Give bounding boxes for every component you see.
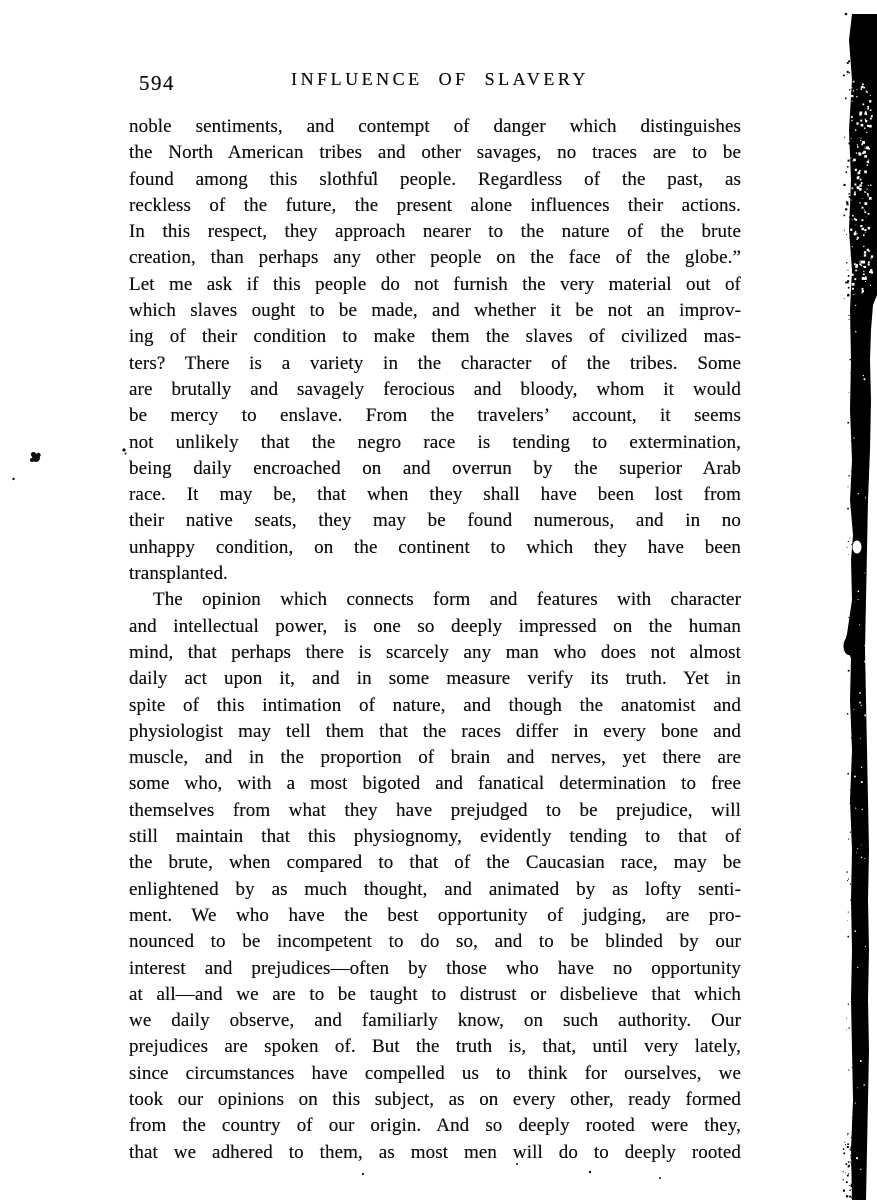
scan-edge-band-icon xyxy=(844,14,877,1200)
text-line: Let me ask if this people do not furnish… xyxy=(129,272,741,298)
text-line: nounced to be incompetent to do so, and … xyxy=(129,929,741,955)
text-line: creation, than perhaps any other people … xyxy=(129,245,741,271)
scan-speckles xyxy=(843,60,874,1198)
text-line: daily act upon it, and in some measure v… xyxy=(129,666,741,692)
text-line: noble sentiments, and contempt of danger… xyxy=(129,114,741,140)
text-line: physiologist may tell them that the race… xyxy=(129,719,741,745)
text-line: ters? There is a variety in the characte… xyxy=(129,351,741,377)
text-line: muscle, and in the proportion of brain a… xyxy=(129,745,741,771)
page-number: 594 xyxy=(139,71,175,96)
text-line: themselves from what they have prejudged… xyxy=(129,798,741,824)
scan-band-hole xyxy=(853,541,862,554)
text-line: enlightened by as much thought, and anim… xyxy=(129,877,741,903)
text-line: not unlikely that the negro race is tend… xyxy=(129,430,741,456)
text-line: reckless of the future, the present alon… xyxy=(129,193,741,219)
text-line: ment. We who have the best opportunity o… xyxy=(129,903,741,929)
text-line: spite of this intimation of nature, and … xyxy=(129,693,741,719)
text-line: from the country of our origin. And so d… xyxy=(129,1113,741,1139)
text-line: race. It may be, that when they shall ha… xyxy=(129,482,741,508)
text-line: their native seats, they may be found nu… xyxy=(129,508,741,534)
text-line: being daily encroached on and overrun by… xyxy=(129,456,741,482)
text-line: we daily observe, and familiarly know, o… xyxy=(129,1008,741,1034)
text-line: at all—and we are to be taught to distru… xyxy=(129,982,741,1008)
scan-band-bump xyxy=(844,637,855,655)
text-line: be mercy to enslave. From the travelers’… xyxy=(129,403,741,429)
text-line: are brutally and savagely ferocious and … xyxy=(129,377,741,403)
paragraph: noble sentiments, and contempt of danger… xyxy=(129,114,741,587)
text-line: unhappy condition, on the continent to w… xyxy=(129,535,741,561)
text-line: found among this slothful people. Regard… xyxy=(129,167,741,193)
running-title: INFLUENCE OF SLAVERY xyxy=(129,69,741,90)
text-line: prejudices are spoken of. But the truth … xyxy=(129,1034,741,1060)
text-line: the brute, when compared to that of the … xyxy=(129,850,741,876)
text-line: which slaves ought to be made, and wheth… xyxy=(129,298,741,324)
scanned-book-page: 594 INFLUENCE OF SLAVERY noble sentiment… xyxy=(0,0,877,1200)
text-line: the North American tribes and other sava… xyxy=(129,140,741,166)
text-line: transplanted. xyxy=(129,561,741,587)
text-line: and intellectual power, is one so deeply… xyxy=(129,614,741,640)
text-line: since circumstances have compelled us to… xyxy=(129,1061,741,1087)
text-line: mind, that perhaps there is scarcely any… xyxy=(129,640,741,666)
text-line: took our opinions on this subject, as on… xyxy=(129,1087,741,1113)
page-text-block: noble sentiments, and contempt of danger… xyxy=(129,114,741,1166)
text-line: In this respect, they approach nearer to… xyxy=(129,219,741,245)
paragraph: The opinion which connects form and feat… xyxy=(129,587,741,1166)
text-line: still maintain that this physiognomy, ev… xyxy=(129,824,741,850)
ink-blot-icon xyxy=(30,452,41,462)
text-line: some who, with a most bigoted and fanati… xyxy=(129,771,741,797)
text-line: ing of their condition to make them the … xyxy=(129,324,741,350)
text-line: that we adhered to them, as most men wil… xyxy=(129,1140,741,1166)
text-line: interest and prejudices—often by those w… xyxy=(129,956,741,982)
text-line: The opinion which connects form and feat… xyxy=(129,587,741,613)
running-head: 594 INFLUENCE OF SLAVERY xyxy=(129,69,741,99)
